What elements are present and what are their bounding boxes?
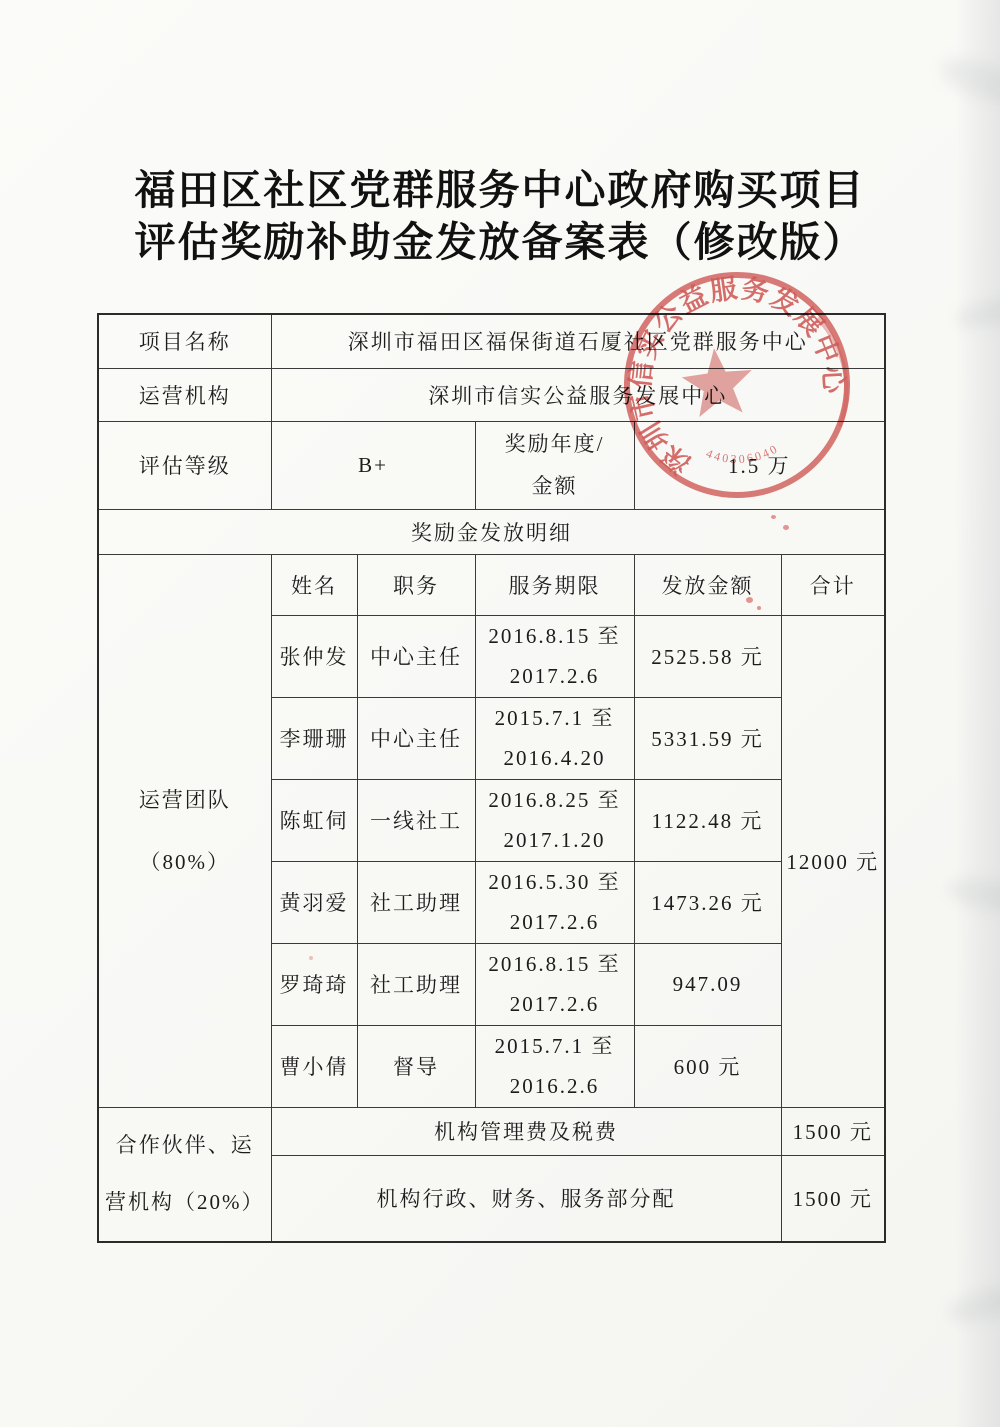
paper-edge-shadow [937,51,1000,111]
staff-name: 曹小倩 [271,1025,357,1107]
fee-amount: 1500 元 [781,1155,885,1242]
project-name-label: 项目名称 [98,314,271,368]
staff-name: 黄羽爱 [271,861,357,943]
title-line-1: 福田区社区党群服务中心政府购买项目 [0,164,1000,216]
staff-role: 社工助理 [357,861,475,943]
payout-amount: 2525.58 元 [634,615,781,697]
operator-row: 运营机构 深圳市信实公益服务发展中心 [98,368,885,421]
grade-label: 评估等级 [98,421,271,509]
title-line-2: 评估奖励补助金发放备案表（修改版） [0,216,1000,268]
payout-amount: 1473.26 元 [634,861,781,943]
staff-name: 陈虹伺 [271,779,357,861]
staff-name: 李珊珊 [271,697,357,779]
grade-row: 评估等级 B+ 奖励年度/ 金额 1.5 万 [98,421,885,509]
payout-amount: 600 元 [634,1025,781,1107]
service-period: 2016.8.25 至 2017.1.20 [475,779,634,861]
team-total-value: 12000 元 [781,615,885,1107]
staff-role: 督导 [357,1025,475,1107]
partner-fee-row: 合作伙伴、运 营机构（20%） 机构管理费及税费 1500 元 [98,1107,885,1155]
fee-description: 机构管理费及税费 [271,1107,781,1155]
staff-role: 一线社工 [357,779,475,861]
team-label: 运营团队 （80%） [98,554,271,1107]
project-name-row: 项目名称 深圳市福田区福保街道石厦社区党群服务中心 [98,314,885,368]
partner-label: 合作伙伴、运 营机构（20%） [98,1107,271,1242]
service-period: 2016.8.15 至 2017.2.6 [475,615,634,697]
document-title: 福田区社区党群服务中心政府购买项目 评估奖励补助金发放备案表（修改版） [0,164,1000,268]
payout-amount: 947.09 [634,943,781,1025]
fee-description: 机构行政、财务、服务部分配 [271,1155,781,1242]
paper-edge-shadow [946,873,1000,916]
service-period: 2015.7.1 至 2016.4.20 [475,697,634,779]
detail-section-title: 奖励金发放明细 [98,509,885,554]
service-period: 2016.5.30 至 2017.2.6 [475,861,634,943]
detail-banner-row: 奖励金发放明细 [98,509,885,554]
col-header-amount: 发放金额 [634,554,781,615]
scanned-page: 福田区社区党群服务中心政府购买项目 评估奖励补助金发放备案表（修改版） 项目名称… [0,0,1000,1427]
staff-name: 罗琦琦 [271,943,357,1025]
detail-header-row: 运营团队 （80%） 姓名 职务 服务期限 发放金额 合计 [98,554,885,615]
staff-role: 社工助理 [357,943,475,1025]
col-header-role: 职务 [357,554,475,615]
payout-amount: 5331.59 元 [634,697,781,779]
col-header-name: 姓名 [271,554,357,615]
service-period: 2016.8.15 至 2017.2.6 [475,943,634,1025]
staff-role: 中心主任 [357,697,475,779]
paper-edge-shadow [946,1281,1000,1329]
col-header-total: 合计 [781,554,885,615]
fee-amount: 1500 元 [781,1107,885,1155]
service-period: 2015.7.1 至 2016.2.6 [475,1025,634,1107]
reward-year-amount-label: 奖励年度/ 金额 [475,421,634,509]
staff-role: 中心主任 [357,615,475,697]
payout-amount: 1122.48 元 [634,779,781,861]
grade-value: B+ [271,421,475,509]
reward-amount-value: 1.5 万 [634,421,885,509]
operator-label: 运营机构 [98,368,271,421]
col-header-period: 服务期限 [475,554,634,615]
staff-name: 张仲发 [271,615,357,697]
operator-value: 深圳市信实公益服务发展中心 [271,368,885,421]
paper-edge-shadow [954,293,1000,333]
project-name-value: 深圳市福田区福保街道石厦社区党群服务中心 [271,314,885,368]
record-table: 项目名称 深圳市福田区福保街道石厦社区党群服务中心 运营机构 深圳市信实公益服务… [97,313,886,1243]
